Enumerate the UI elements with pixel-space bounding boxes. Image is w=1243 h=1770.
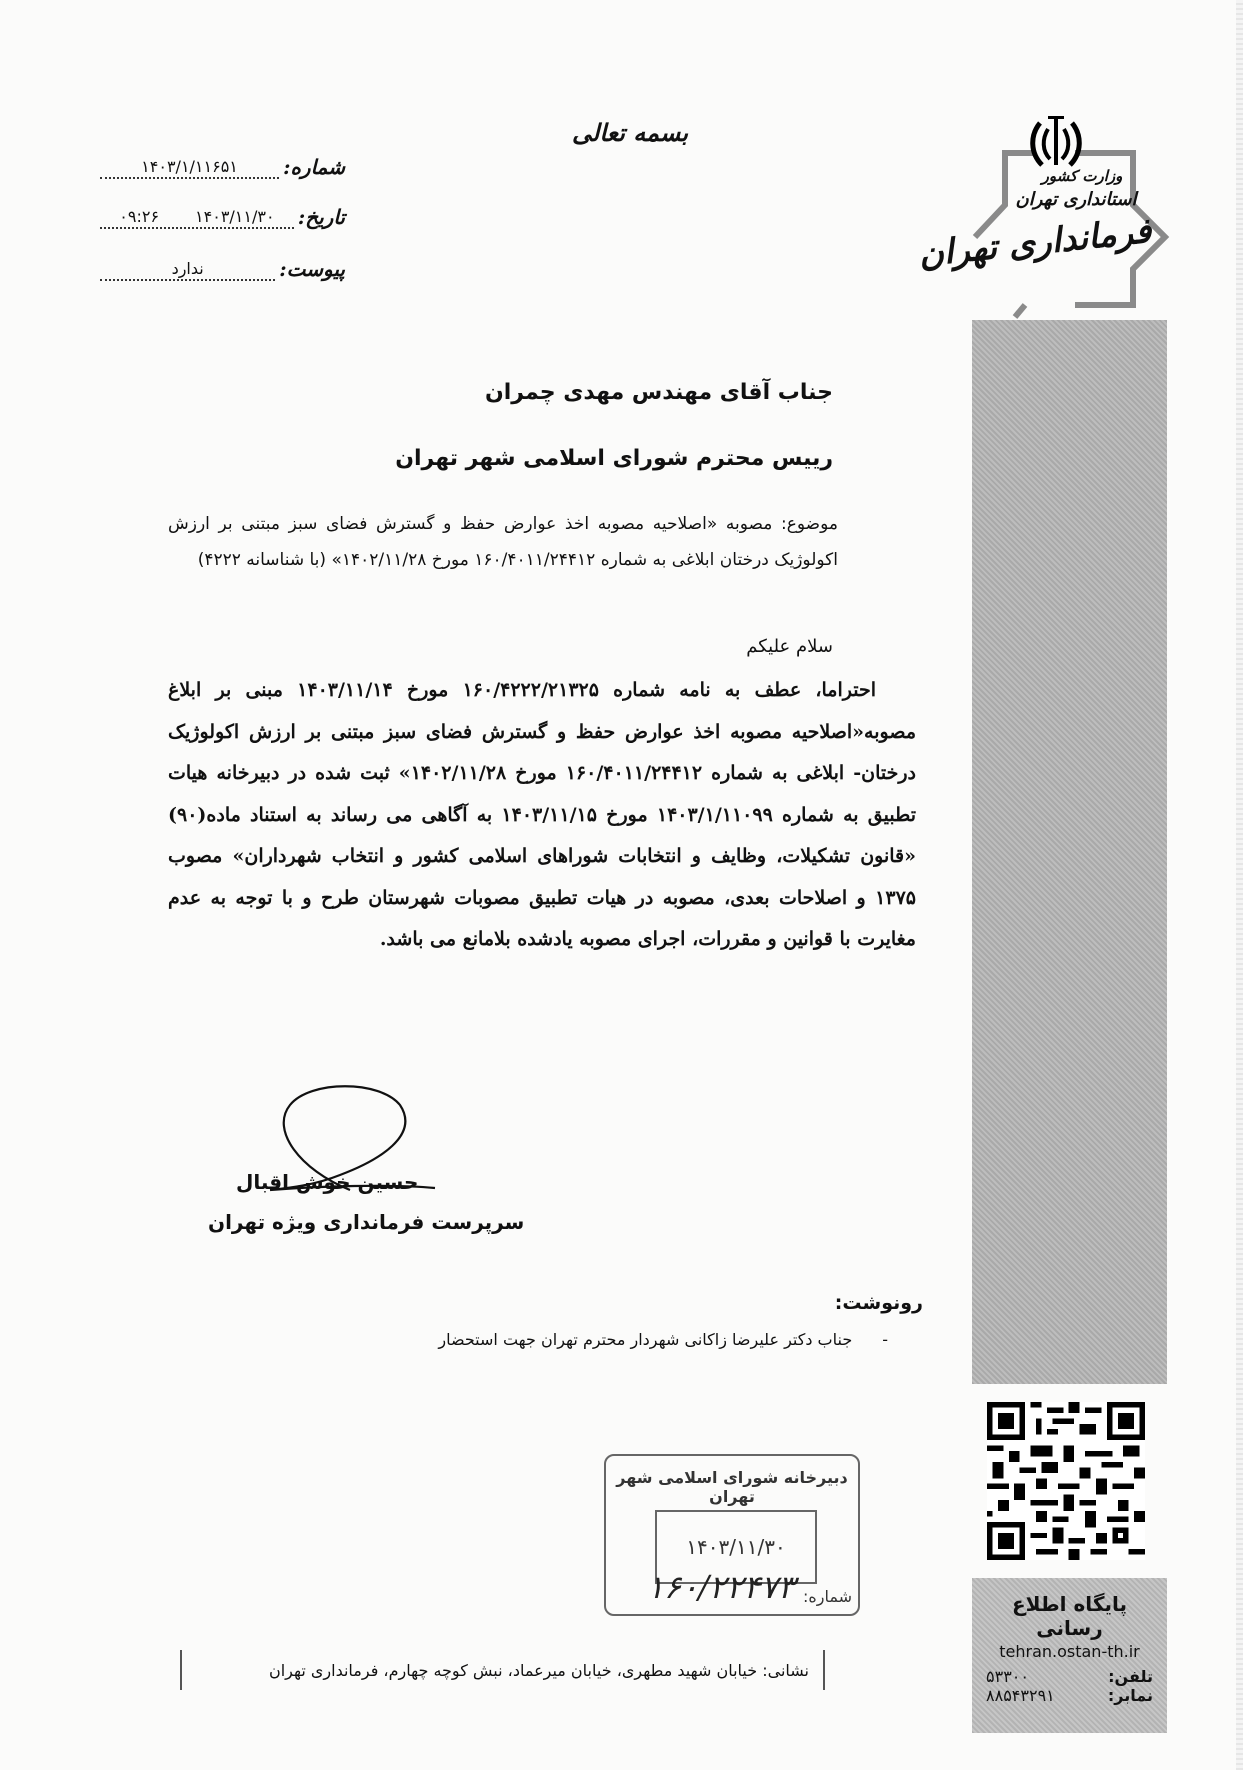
attachment-field: پیوست: ندارد <box>100 252 345 281</box>
letter-date-field: تاریخ: ۱۴۰۳/۱۱/۳۰ ۰۹:۲۶ <box>100 200 345 229</box>
cc-item-text: جناب دکتر علیرضا زاکانی شهردار محترم تهر… <box>438 1330 852 1349</box>
letter-number-label: شماره: <box>283 155 345 179</box>
footer-address: نشانی: خیابان شهید مطهری، خیابان میرعماد… <box>180 1650 825 1690</box>
emblem-of-iran-icon <box>1028 113 1084 171</box>
info-box: پایگاه اطلاع رسانی tehran.ostan-th.ir ۵۳… <box>972 1578 1167 1733</box>
stamp-number-value: ۱۶۰/۲۲۴۷۳ <box>647 1568 795 1606</box>
letter-number-value: ۱۴۰۳/۱/۱۱۶۵۱ <box>141 157 238 176</box>
scan-edge <box>1236 0 1243 1770</box>
cc-bullet: - <box>882 1330 888 1349</box>
stamp-title: دبیرخانه شورای اسلامی شهر تهران <box>606 1468 858 1506</box>
province-name: استانداری تهران <box>1001 189 1151 210</box>
website-link[interactable]: tehran.ostan-th.ir <box>986 1642 1153 1661</box>
registry-stamp: دبیرخانه شورای اسلامی شهر تهران ۱۴۰۳/۱۱/… <box>604 1454 860 1616</box>
letter-body: احتراما، عطف به نامه شماره ۱۶۰/۴۲۲۲/۲۱۳۲… <box>168 670 916 961</box>
qr-code[interactable] <box>987 1402 1145 1560</box>
cc-title: رونوشت: <box>835 1292 923 1314</box>
governorate-logo: وزارت کشور استانداری تهران فرمانداری تهر… <box>915 105 1195 320</box>
cc-item: - جناب دکتر علیرضا زاکانی شهردار محترم ت… <box>438 1330 888 1349</box>
fax-row: ۸۸۵۴۳۲۹۱ نمابر: <box>986 1686 1153 1705</box>
letter-subject: موضوع: مصوبه «اصلاحیه مصوبه اخذ عوارض حف… <box>168 506 838 578</box>
address-text: نشانی: خیابان شهید مطهری، خیابان میرعماد… <box>269 1661 809 1680</box>
attachment-value: ندارد <box>172 259 204 278</box>
signatory-title: سرپرست فرمانداری ویژه تهران <box>208 1210 524 1234</box>
qr-code-icon <box>987 1402 1145 1560</box>
phone-value: ۵۳۳۰۰ <box>986 1667 1029 1686</box>
attachment-label: پیوست: <box>279 257 345 281</box>
phone-row: ۵۳۳۰۰ تلفن: <box>986 1667 1153 1686</box>
stamp-number-row: شماره: ۱۶۰/۲۲۴۷۳ <box>647 1568 852 1606</box>
sidebar-decorative-strip <box>972 320 1167 1384</box>
addressee-title: رییس محترم شورای اسلامی شهر تهران <box>395 446 833 471</box>
letter-number-field: شماره: ۱۴۰۳/۱/۱۱۶۵۱ <box>100 150 345 179</box>
addressee-name: جناب آقای مهندس مهدی چمران <box>485 380 833 405</box>
fax-label: نمابر: <box>1108 1686 1153 1705</box>
basmala: بسمه تعالی <box>572 118 688 147</box>
phone-label: تلفن: <box>1108 1667 1153 1686</box>
info-title: پایگاه اطلاع رسانی <box>986 1592 1153 1640</box>
ministry-name: وزارت کشور <box>1027 167 1137 185</box>
fax-value: ۸۸۵۴۳۲۹۱ <box>986 1686 1055 1705</box>
stamp-number-label: شماره: <box>803 1587 852 1606</box>
signatory-name: حسین خوش اقبال <box>236 1170 418 1194</box>
letter-time-value: ۰۹:۲۶ <box>119 207 159 226</box>
letter-date-value: ۱۴۰۳/۱۱/۳۰ <box>195 207 275 226</box>
letter-date-label: تاریخ: <box>298 205 345 229</box>
greeting: سلام علیکم <box>746 636 833 657</box>
